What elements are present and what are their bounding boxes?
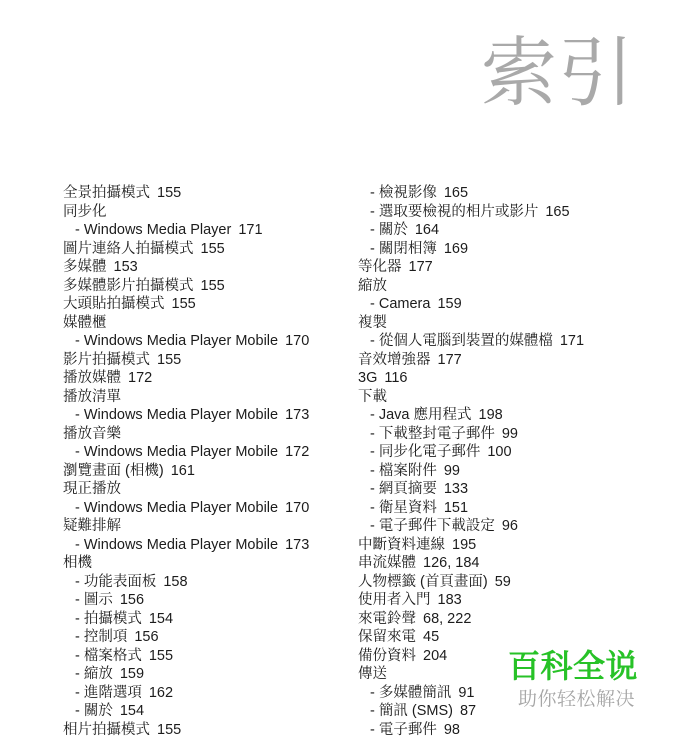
index-page-number: 162 xyxy=(149,685,173,701)
index-term: 播放音樂 xyxy=(63,426,121,442)
index-entry: - 關於164 xyxy=(358,221,692,240)
index-left-column: 全景拍攝模式155同步化- Windows Media Player171圖片連… xyxy=(63,184,355,739)
index-page-number: 170 xyxy=(285,333,309,349)
index-page-number: 164 xyxy=(415,222,439,238)
index-page-number: 204 xyxy=(423,648,447,664)
index-page-number: 159 xyxy=(120,666,144,682)
index-page-number: 172 xyxy=(128,370,152,386)
index-page-number: 195 xyxy=(452,537,476,553)
index-term: 相機 xyxy=(63,555,92,571)
index-term: 下載 xyxy=(358,389,387,405)
index-entry: - 衛星資料151 xyxy=(358,499,692,518)
index-term: 全景拍攝模式 xyxy=(63,185,150,201)
index-term: - Windows Media Player Mobile xyxy=(75,500,278,516)
index-page-number: 155 xyxy=(157,352,181,368)
index-page-number: 169 xyxy=(444,241,468,257)
index-entry: - Windows Media Player171 xyxy=(63,221,355,240)
index-entry: 使用者入門183 xyxy=(358,591,692,610)
index-entry: - 縮放159 xyxy=(63,665,355,684)
index-page-number: 161 xyxy=(171,463,195,479)
index-page-number: 68, 222 xyxy=(423,611,471,627)
index-page-number: 155 xyxy=(157,185,181,201)
index-term: 使用者入門 xyxy=(358,592,431,608)
watermark-brand: 百科全说 xyxy=(508,646,688,686)
index-entry: - Windows Media Player Mobile170 xyxy=(63,499,355,518)
index-entry: 多媒體153 xyxy=(63,258,355,277)
index-term: - 同步化電子郵件 xyxy=(370,444,480,460)
index-term: - 網頁摘要 xyxy=(370,481,437,497)
index-entry: - 選取要檢視的相片或影片165 xyxy=(358,203,692,222)
index-page-number: 158 xyxy=(163,574,187,590)
index-entry: 人物標籤 (首頁畫面)59 xyxy=(358,573,692,592)
index-term: 等化器 xyxy=(358,259,402,275)
index-term: - Windows Media Player Mobile xyxy=(75,333,278,349)
index-page-number: 165 xyxy=(444,185,468,201)
index-entry: - 檔案附件99 xyxy=(358,462,692,481)
index-term: 媒體櫃 xyxy=(63,315,107,331)
index-entry: - 下載整封電子郵件99 xyxy=(358,425,692,444)
index-term: 多媒體影片拍攝模式 xyxy=(63,278,194,294)
index-entry: - 進階選項162 xyxy=(63,684,355,703)
index-term: - 簡訊 (SMS) xyxy=(370,703,453,719)
index-page-number: 173 xyxy=(285,537,309,553)
index-entry: 音效增強器177 xyxy=(358,351,692,370)
index-term: - 縮放 xyxy=(75,666,113,682)
index-entry: 瀏覽畫面 (相機)161 xyxy=(63,462,355,481)
index-entry: - 網頁摘要133 xyxy=(358,480,692,499)
index-term: - Windows Media Player Mobile xyxy=(75,444,278,460)
index-term: 串流媒體 xyxy=(358,555,416,571)
index-term: 播放清單 xyxy=(63,389,121,405)
index-entry: 等化器177 xyxy=(358,258,692,277)
index-term: - Camera xyxy=(370,296,430,312)
index-entry: - 從個人電腦到裝置的媒體檔171 xyxy=(358,332,692,351)
index-entry: 影片拍攝模式155 xyxy=(63,351,355,370)
index-entry: 相片拍攝模式155 xyxy=(63,721,355,740)
index-page-number: 87 xyxy=(460,703,476,719)
index-term: - 關於 xyxy=(370,222,408,238)
index-page-number: 153 xyxy=(114,259,138,275)
index-page-number: 155 xyxy=(201,241,225,257)
index-term: - 從個人電腦到裝置的媒體檔 xyxy=(370,333,553,349)
manual-index-page: 索引 全景拍攝模式155同步化- Windows Media Player171… xyxy=(0,0,692,744)
index-page-number: 198 xyxy=(479,407,503,423)
index-term: - 關閉相簿 xyxy=(370,241,437,257)
index-entry: 串流媒體126, 184 xyxy=(358,554,692,573)
index-term: - 檔案附件 xyxy=(370,463,437,479)
index-term: - 下載整封電子郵件 xyxy=(370,426,495,442)
index-entry: - 檢視影像165 xyxy=(358,184,692,203)
index-entry: 中斷資料連線195 xyxy=(358,536,692,555)
index-term: - 選取要檢視的相片或影片 xyxy=(370,204,538,220)
index-page-number: 99 xyxy=(502,426,518,442)
index-page-number: 100 xyxy=(487,444,511,460)
index-entry: - 圖示156 xyxy=(63,591,355,610)
index-entry: 複製 xyxy=(358,314,692,333)
index-term: - 衛星資料 xyxy=(370,500,437,516)
index-page-number: 155 xyxy=(172,296,196,312)
index-entry: 來電鈴聲68, 222 xyxy=(358,610,692,629)
index-page-number: 177 xyxy=(409,259,433,275)
index-page-number: 177 xyxy=(438,352,462,368)
index-term: 人物標籤 (首頁畫面) xyxy=(358,574,488,590)
index-term: 瀏覽畫面 (相機) xyxy=(63,463,164,479)
index-page-number: 154 xyxy=(120,703,144,719)
index-entry: - 關閉相簿169 xyxy=(358,240,692,259)
index-term: 保留來電 xyxy=(358,629,416,645)
index-entry: - Java 應用程式198 xyxy=(358,406,692,425)
index-entry: 播放清單 xyxy=(63,388,355,407)
index-term: 複製 xyxy=(358,315,387,331)
index-entry: 圖片連絡人拍攝模式155 xyxy=(63,240,355,259)
index-entry: - 同步化電子郵件100 xyxy=(358,443,692,462)
index-term: 中斷資料連線 xyxy=(358,537,445,553)
index-entry: 播放媒體172 xyxy=(63,369,355,388)
index-term: 圖片連絡人拍攝模式 xyxy=(63,241,194,257)
index-entry: - Windows Media Player Mobile173 xyxy=(63,536,355,555)
index-page-number: 96 xyxy=(502,518,518,534)
index-entry: - 檔案格式155 xyxy=(63,647,355,666)
index-term: 現正播放 xyxy=(63,481,121,497)
index-entry: 大頭貼拍攝模式155 xyxy=(63,295,355,314)
index-term: 3G xyxy=(358,370,377,386)
index-entry: 多媒體影片拍攝模式155 xyxy=(63,277,355,296)
index-entry: - 電子郵件98 xyxy=(358,721,692,740)
index-page-number: 183 xyxy=(438,592,462,608)
index-entry: - Camera159 xyxy=(358,295,692,314)
index-entry: 3G116 xyxy=(358,369,692,388)
index-term: 影片拍攝模式 xyxy=(63,352,150,368)
index-page-number: 173 xyxy=(285,407,309,423)
index-entry: 縮放 xyxy=(358,277,692,296)
page-title: 索引 xyxy=(481,30,635,117)
index-term: - 檔案格式 xyxy=(75,648,142,664)
index-page-number: 126, 184 xyxy=(423,555,479,571)
index-entry: - 控制項156 xyxy=(63,628,355,647)
index-entry: - 拍攝模式154 xyxy=(63,610,355,629)
index-page-number: 91 xyxy=(458,685,474,701)
index-page-number: 156 xyxy=(134,629,158,645)
index-page-number: 159 xyxy=(437,296,461,312)
watermark: 百科全说 助你轻松解决 xyxy=(508,646,688,711)
index-page-number: 155 xyxy=(157,722,181,738)
index-page-number: 171 xyxy=(238,222,262,238)
index-page-number: 59 xyxy=(495,574,511,590)
index-term: - 圖示 xyxy=(75,592,113,608)
index-term: - 拍攝模式 xyxy=(75,611,142,627)
index-page-number: 151 xyxy=(444,500,468,516)
index-entry: 媒體櫃 xyxy=(63,314,355,333)
index-entry: - Windows Media Player Mobile173 xyxy=(63,406,355,425)
index-term: 多媒體 xyxy=(63,259,107,275)
index-page-number: 155 xyxy=(201,278,225,294)
index-entry: 全景拍攝模式155 xyxy=(63,184,355,203)
index-term: - Windows Media Player xyxy=(75,222,231,238)
index-page-number: 155 xyxy=(149,648,173,664)
index-term: 相片拍攝模式 xyxy=(63,722,150,738)
index-term: 播放媒體 xyxy=(63,370,121,386)
index-entry: 相機 xyxy=(63,554,355,573)
index-entry: 疑難排解 xyxy=(63,517,355,536)
index-entry: - 電子郵件下載設定96 xyxy=(358,517,692,536)
index-term: - 控制項 xyxy=(75,629,127,645)
index-term: 縮放 xyxy=(358,278,387,294)
index-page-number: 170 xyxy=(285,500,309,516)
index-page-number: 171 xyxy=(560,333,584,349)
index-term: 來電鈴聲 xyxy=(358,611,416,627)
index-page-number: 116 xyxy=(384,370,407,386)
index-term: - Windows Media Player Mobile xyxy=(75,407,278,423)
index-term: 大頭貼拍攝模式 xyxy=(63,296,165,312)
index-term: 音效增強器 xyxy=(358,352,431,368)
index-page-number: 98 xyxy=(444,722,460,738)
index-entry: 保留來電45 xyxy=(358,628,692,647)
index-term: - 電子郵件 xyxy=(370,722,437,738)
index-term: - Windows Media Player Mobile xyxy=(75,537,278,553)
index-entry: - 關於154 xyxy=(63,702,355,721)
index-term: - 關於 xyxy=(75,703,113,719)
index-page-number: 133 xyxy=(444,481,468,497)
index-entry: 現正播放 xyxy=(63,480,355,499)
index-term: 疑難排解 xyxy=(63,518,121,534)
index-page-number: 154 xyxy=(149,611,173,627)
index-page-number: 45 xyxy=(423,629,439,645)
index-page-number: 172 xyxy=(285,444,309,460)
index-term: 傳送 xyxy=(358,666,387,682)
index-term: - 多媒體簡訊 xyxy=(370,685,451,701)
watermark-tagline: 助你轻松解决 xyxy=(508,689,688,711)
index-term: - 功能表面板 xyxy=(75,574,156,590)
index-term: 備份資料 xyxy=(358,648,416,664)
index-entry: - Windows Media Player Mobile170 xyxy=(63,332,355,351)
index-entry: 播放音樂 xyxy=(63,425,355,444)
index-entry: 同步化 xyxy=(63,203,355,222)
index-term: - 進階選項 xyxy=(75,685,142,701)
index-term: - 檢視影像 xyxy=(370,185,437,201)
index-entry: - Windows Media Player Mobile172 xyxy=(63,443,355,462)
index-term: 同步化 xyxy=(63,204,107,220)
index-entry: - 功能表面板158 xyxy=(63,573,355,592)
index-term: - Java 應用程式 xyxy=(370,407,472,423)
index-term: - 電子郵件下載設定 xyxy=(370,518,495,534)
index-page-number: 99 xyxy=(444,463,460,479)
index-page-number: 165 xyxy=(545,204,569,220)
index-page-number: 156 xyxy=(120,592,144,608)
index-entry: 下載 xyxy=(358,388,692,407)
